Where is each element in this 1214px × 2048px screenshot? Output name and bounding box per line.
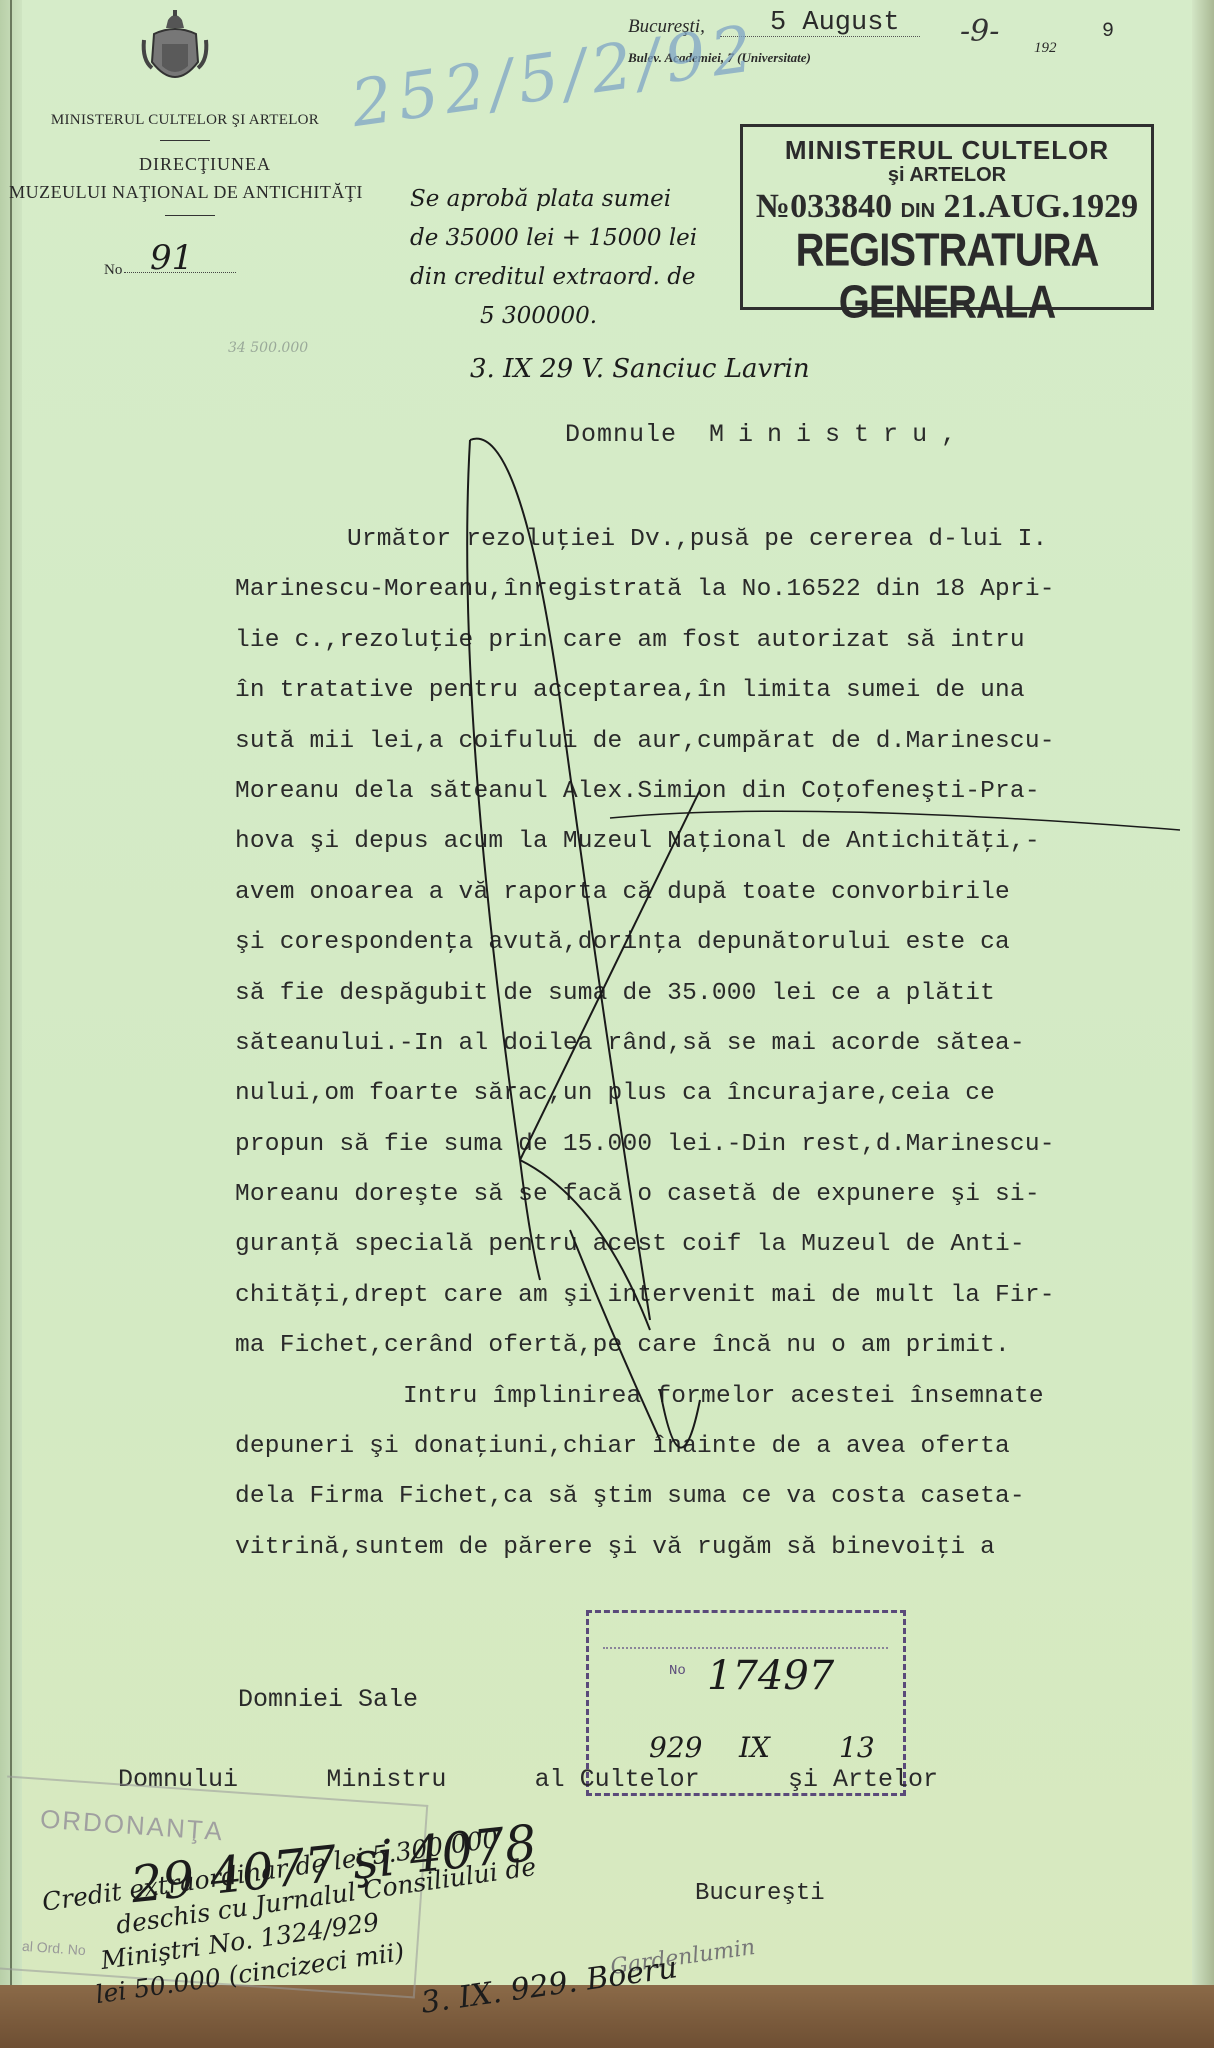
body-line: Moreanu doreşte să se facă o casetă de e…	[235, 1170, 1175, 1220]
body-line: Moreanu dela săteanul Alex.Simion din Co…	[235, 767, 1175, 817]
body-line: dela Firma Fichet,ca să ştim suma ce va …	[235, 1472, 1175, 1522]
stamp-din: DIN	[901, 200, 935, 222]
stamp-number: №033840	[756, 188, 892, 225]
coat-of-arms-icon	[138, 10, 212, 96]
entry-number: 17497	[707, 1653, 834, 1699]
body-line: nului,om foarte sărac,un plus ca încuraj…	[235, 1069, 1175, 1119]
body-line: ma Fichet,cerând ofertă,pe care încă nu …	[235, 1321, 1175, 1371]
body-line: Următor rezoluţiei Dv.,pusă pe cererea d…	[235, 515, 1175, 565]
body-line: propun să fie suma de 15.000 lei.-Din re…	[235, 1120, 1175, 1170]
addressee-word: Ministru	[326, 1765, 446, 1794]
salutation-word: Domnule	[565, 420, 677, 449]
directorate-title: DIRECŢIUNEA	[40, 154, 370, 175]
entry-year: 929	[649, 1731, 702, 1764]
resolution-line: din creditul extraord. de	[410, 258, 697, 297]
addressee-word: al Cultelor	[535, 1765, 700, 1794]
pencil-note: 34 500.000	[228, 340, 308, 356]
salutation: Domnule Ministru,	[565, 420, 970, 449]
stamp-number-date: №033840 DIN 21.AUG.1929	[743, 188, 1151, 226]
body-line: în tratative pentru acceptarea,în limita…	[235, 666, 1175, 716]
body-line: hova şi depus acum la Muzeul Naţional de…	[235, 817, 1175, 867]
body-line: săteanului.-In al doilea rând,să se mai …	[235, 1019, 1175, 1069]
resolution-line: 5 300000.	[410, 297, 697, 336]
body-line: chităţi,drept care am şi intervenit mai …	[235, 1271, 1175, 1321]
body-line: depuneri şi donaţiuni,chiar înainte de a…	[235, 1422, 1175, 1472]
minister-resolution: Se aprobă plata sumei de 35000 lei + 150…	[410, 180, 697, 336]
resolution-date-signature: 3. IX 29 V. Sanciuc Lavrin	[470, 354, 810, 384]
number-label: No	[104, 262, 122, 279]
entry-number-label: No	[669, 1663, 686, 1679]
salutation-word: Ministru,	[709, 420, 970, 449]
year-digit: 9	[1102, 20, 1114, 43]
ministry-name: MINISTERUL CULTELOR ŞI ARTELOR	[40, 112, 330, 129]
year-printed: 192	[1034, 40, 1057, 57]
divider	[160, 140, 210, 141]
addressee-line: Domnului Ministru al Cultelor şi Artelor	[118, 1765, 938, 1794]
addressee-word: şi Artelor	[788, 1765, 938, 1794]
binding-line	[10, 0, 12, 2048]
entry-day: 13	[839, 1731, 875, 1764]
body-line: lie c.,rezoluţie prin care am fost autor…	[235, 616, 1175, 666]
entry-month: IX	[739, 1731, 770, 1764]
registry-stamp: MINISTERUL CULTELOR şi ARTELOR №033840 D…	[740, 124, 1154, 310]
body-line: avem onoarea a vă raporta că după toate …	[235, 868, 1175, 918]
body-line: vitrină,suntem de părere şi vă rugăm să …	[235, 1523, 1175, 1573]
body-line: Marinescu-Moreanu,înregistrată la No.165…	[235, 565, 1175, 615]
body-line: să fie despăgubit de suma de 35.000 lei …	[235, 969, 1175, 1019]
museum-name: MUZEULUI NAŢIONAL DE ANTICHITĂŢI	[0, 182, 372, 203]
page-right-edge	[1192, 0, 1214, 2048]
closing-city: Bucureşti	[695, 1880, 825, 1907]
stamp-registry: REGISTRATURA GENERALA	[743, 225, 1151, 329]
resolution-line: de 35000 lei + 15000 lei	[410, 219, 697, 258]
handwritten-day-mark: -9-	[960, 14, 999, 49]
closing-address: Domniei Sale	[238, 1685, 418, 1714]
body-line: guranţă specială pentru acest coif la Mu…	[235, 1220, 1175, 1270]
stamp-illegible-header	[603, 1627, 888, 1649]
stamp-date: 21.AUG.1929	[944, 188, 1139, 225]
document-number: 91	[150, 238, 193, 278]
dateline-date: 5 August	[770, 8, 900, 38]
resolution-line: Se aprobă plata sumei	[410, 180, 697, 219]
letter-body: Următor rezoluţiei Dv.,pusă pe cererea d…	[235, 515, 1175, 1573]
stamp-ministry: MINISTERUL CULTELOR	[743, 135, 1151, 166]
stamp-arts: şi ARTELOR	[743, 166, 1151, 184]
body-line: şi corespondenţa avută,dorinţa depunător…	[235, 918, 1175, 968]
body-line: Intru împlinirea formelor acestei însemn…	[235, 1372, 1175, 1422]
body-line: sută mii lei,a coifului de aur,cumpărat …	[235, 717, 1175, 767]
divider	[165, 215, 215, 216]
